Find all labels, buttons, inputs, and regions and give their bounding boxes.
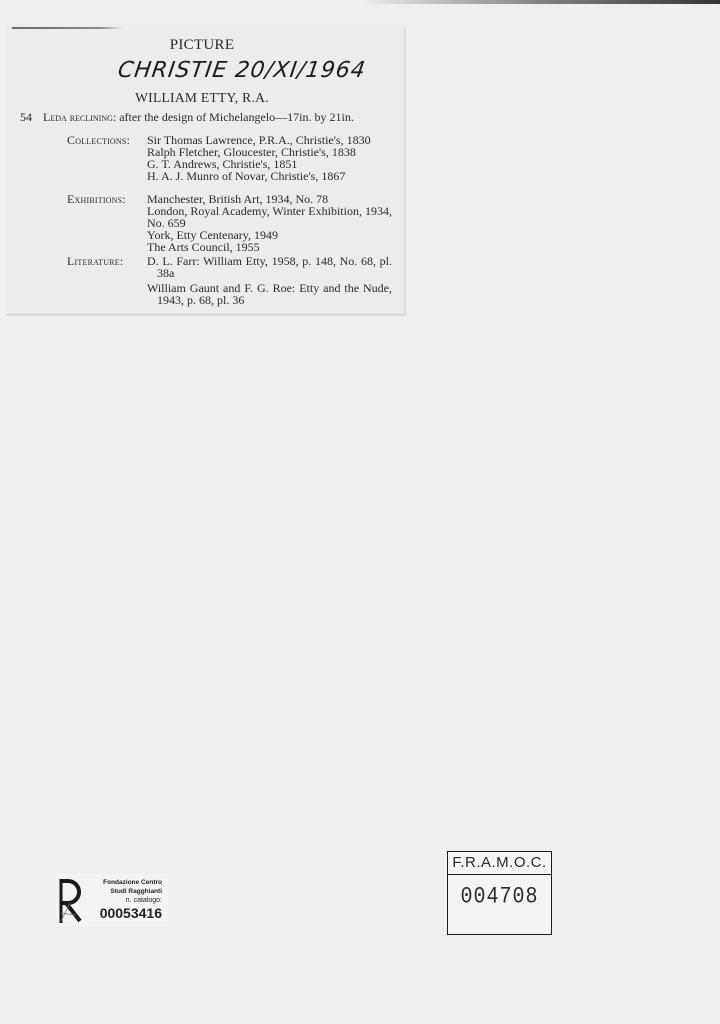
clipping-heading: PICTURE (0, 37, 404, 54)
literature-entry: William Gaunt and F. G. Roe: Etty and th… (147, 282, 392, 306)
ragghianti-catalog-stamp: Fondazione Centro Studi Ragghianti n. ca… (56, 874, 168, 926)
clipping-cut-line (12, 27, 122, 29)
artist-name: WILLIAM ETTY, R.A. (0, 90, 404, 106)
exhibitions-label: Exhibitions: (67, 193, 141, 205)
collection-entry: H. A. J. Munro of Novar, Christie's, 186… (147, 170, 392, 182)
scan-edge-shadow (0, 0, 720, 4)
ragghianti-logo-icon (58, 879, 82, 923)
framoc-number: 004708 (448, 872, 551, 925)
stamp-foundation-line2: Studi Ragghianti (100, 887, 162, 896)
lot-title: Leda reclining: (43, 110, 116, 124)
lot-line: 54 Leda reclining: after the design of M… (20, 110, 354, 125)
exhibition-entry: London, Royal Academy, Winter Exhibition… (147, 205, 392, 229)
lot-number: 54 (20, 110, 40, 125)
framoc-stamp: F.R.A.M.O.C. 004708 (447, 851, 552, 935)
literature-label: Literature: (67, 255, 141, 267)
stamp-catalog-number: 00053416 (100, 905, 162, 921)
stamp-foundation-line1: Fondazione Centro (100, 878, 162, 887)
collections-label: Collections: (67, 134, 141, 146)
exhibition-entry: The Arts Council, 1955 (147, 241, 392, 253)
literature-entry: D. L. Farr: William Etty, 1958, p. 148, … (147, 255, 392, 279)
handwritten-annotation: CHRISTIE 20/XI/1964 (116, 58, 367, 83)
stamp-catalog-label: n. catalogo: (100, 896, 162, 905)
lot-description: after the design of Michelangelo—17in. b… (116, 110, 354, 124)
